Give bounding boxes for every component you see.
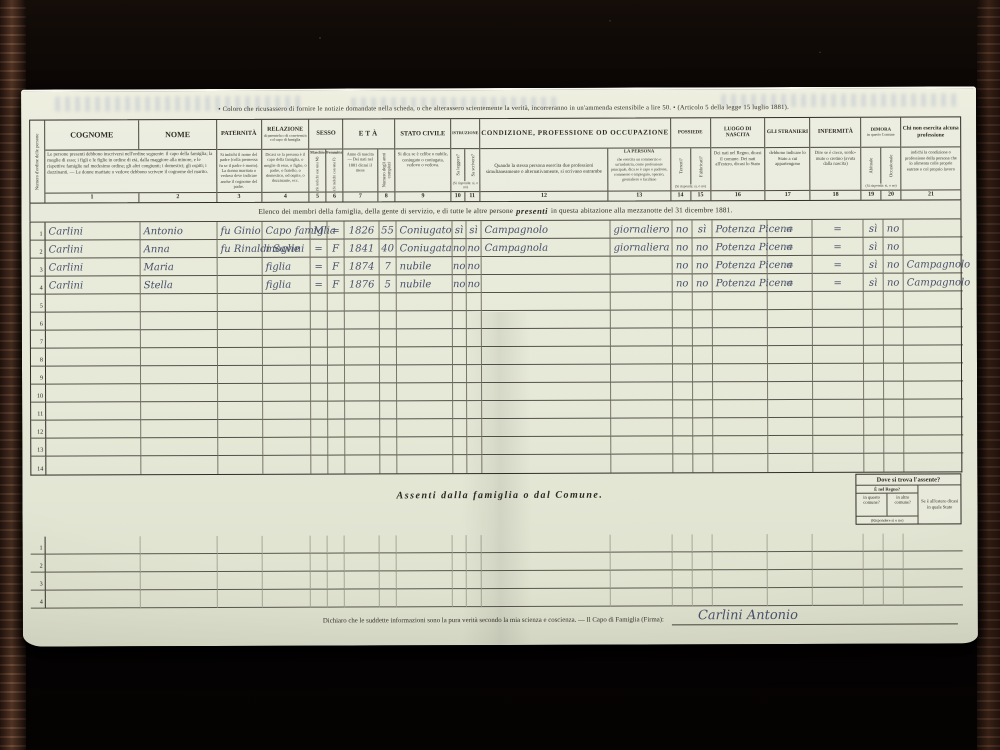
table-cell <box>345 535 380 553</box>
table-cell: Carlini <box>46 276 141 294</box>
stato-civile-title: STATO CIVILE <box>395 119 450 149</box>
table-cell <box>482 535 611 553</box>
table-cell <box>311 402 328 420</box>
table-cell <box>467 589 482 607</box>
photo-of-census-sheet: • Coloro che ricusassero di fornire le n… <box>0 0 1000 750</box>
col-number-6: 6 <box>326 193 342 202</box>
table-cell <box>328 536 345 554</box>
la-persona-note: che esercita un commercio o un'industria… <box>608 156 670 191</box>
table-cell: no <box>673 256 693 274</box>
table-cell: no <box>672 220 692 238</box>
table-cell <box>218 572 263 590</box>
table-cell <box>46 402 141 420</box>
table-cell <box>328 330 345 348</box>
table-cell <box>397 365 453 383</box>
table-cell <box>328 456 345 474</box>
table-cell <box>345 311 380 329</box>
table-cell <box>467 437 482 455</box>
table-cell <box>713 400 768 418</box>
table-cell <box>813 400 864 418</box>
col-number-4: 4 <box>262 192 309 202</box>
table-cell <box>864 310 884 328</box>
table-cell <box>328 420 345 438</box>
table-cell <box>46 366 141 384</box>
table-cell: 1841 <box>345 239 380 257</box>
table-cell <box>141 572 218 590</box>
row-number: 3 <box>31 259 46 277</box>
column-group-cognome-nome: COGNOME NOME Le persone presenti debbono… <box>45 120 217 203</box>
table-cell <box>345 383 380 401</box>
table-cell <box>311 438 328 456</box>
nel-regno-label: È nel Regno? <box>856 486 917 494</box>
table-cell <box>864 570 884 588</box>
table-cell <box>611 400 673 418</box>
table-cell: no <box>884 274 904 292</box>
table-cell <box>611 364 673 382</box>
table-cell <box>46 330 141 348</box>
table-cell <box>884 364 904 382</box>
assenti-table: 1234 <box>31 533 963 608</box>
col-number-14: 14 <box>671 191 691 200</box>
table-cell <box>218 420 263 438</box>
assenti-section-title: Assenti dalla famiglia o dal Comune. <box>22 488 977 502</box>
col-number-5: 5 <box>310 193 327 202</box>
table-cell <box>904 237 963 255</box>
table-cell: no <box>693 256 713 274</box>
table-cell <box>345 365 380 383</box>
table-cell: = <box>768 238 813 256</box>
col-number-18: 18 <box>811 190 861 200</box>
declaration-text: Dichiaro che le suddette informazioni so… <box>323 616 664 626</box>
table-cell <box>482 275 611 293</box>
col-number-13: 13 <box>608 191 670 200</box>
table-cell <box>482 311 611 329</box>
table-cell: Campagnolo <box>904 255 963 273</box>
table-cell <box>482 347 611 365</box>
table-cell <box>813 292 864 310</box>
table-cell <box>263 402 311 420</box>
table-cell <box>453 329 467 347</box>
eta-title: ETÀ <box>343 119 394 149</box>
table-cell: sì <box>863 220 883 238</box>
table-cell: F <box>328 240 345 258</box>
table-cell: no <box>673 274 693 292</box>
table-cell: = <box>311 240 328 258</box>
infermita-note: Dire se è cieco, sordo-muto o cretino (a… <box>811 148 861 190</box>
table-cell <box>611 588 673 606</box>
table-cell <box>813 436 864 454</box>
table-cell <box>141 294 218 312</box>
table-cell <box>345 589 380 607</box>
table-row: 14 <box>31 453 961 474</box>
table-cell <box>673 552 693 570</box>
table-cell: Capo famiglia <box>262 222 310 240</box>
table-cell <box>328 366 345 384</box>
table-cell <box>218 330 263 348</box>
table-cell <box>693 400 713 418</box>
table-cell <box>884 552 904 570</box>
table-cell <box>263 312 311 330</box>
table-cell <box>693 454 713 472</box>
row-number: 10 <box>31 385 46 403</box>
col-number-15: 15 <box>691 191 710 200</box>
row-number: 11 <box>31 403 46 421</box>
table-cell: sì <box>864 238 884 256</box>
column-group-istruzione: ISTRUZIONE Sa leggere? Sa scrivere? (Si … <box>451 119 480 201</box>
table-cell: no <box>883 220 903 238</box>
table-cell <box>482 589 611 607</box>
table-cell <box>46 456 141 474</box>
table-cell <box>218 294 263 312</box>
table-cell <box>813 570 864 588</box>
table-cell <box>263 438 311 456</box>
table-cell <box>467 571 482 589</box>
cognome-nome-note: Le persone presenti debbono inscriversi … <box>45 150 216 193</box>
table-cell <box>218 258 263 276</box>
table-cell <box>864 552 884 570</box>
table-cell <box>813 346 864 364</box>
table-cell <box>311 294 328 312</box>
paternita-note: Si indichi il nome del padre (colla prem… <box>217 150 261 192</box>
table-cell: = <box>327 222 344 240</box>
table-cell <box>611 552 673 570</box>
table-cell <box>904 327 963 345</box>
col-number-3: 3 <box>217 192 261 202</box>
table-cell <box>397 455 453 473</box>
table-cell <box>311 456 328 474</box>
table-cell: 1874 <box>345 257 380 275</box>
table-cell: 1876 <box>345 275 380 293</box>
table-cell <box>263 420 311 438</box>
table-cell <box>380 293 397 311</box>
table-cell <box>768 418 813 436</box>
table-cell: Potenza Picena <box>713 256 768 274</box>
terreni-label: Terreni? <box>678 159 683 174</box>
table-cell <box>218 276 263 294</box>
table-cell <box>380 553 397 571</box>
table-cell <box>453 455 467 473</box>
table-body: 1CarliniAntoniofu GinioCapo famigliaM=18… <box>29 218 962 475</box>
table-cell <box>813 552 864 570</box>
table-cell <box>482 257 611 275</box>
table-cell <box>864 346 884 364</box>
table-cell: = <box>813 238 864 256</box>
table-cell <box>482 571 611 589</box>
table-cell <box>328 294 345 312</box>
table-cell <box>397 347 453 365</box>
sa-scrivere-label: Sa scrivere? <box>470 154 475 176</box>
table-cell <box>713 570 768 588</box>
table-cell <box>693 364 713 382</box>
column-group-dimora: DIMORA in questo Comune Abituale Occasio… <box>861 118 901 200</box>
table-cell <box>397 589 453 607</box>
table-cell <box>884 400 904 418</box>
table-cell: sì <box>692 220 712 238</box>
table-cell: = <box>768 256 813 274</box>
col-number-8: 8 <box>378 192 395 201</box>
row-number: 6 <box>31 313 46 331</box>
table-cell <box>218 590 263 608</box>
table-cell <box>467 419 482 437</box>
luogo-note: Dei nati nel Regno, dicasi il comune. De… <box>711 148 765 190</box>
table-cell <box>46 312 141 330</box>
table-cell <box>141 384 218 402</box>
table-cell <box>467 455 482 473</box>
table-cell: no <box>884 238 904 256</box>
table-cell <box>693 588 713 606</box>
table-cell <box>218 554 263 572</box>
table-cell <box>345 419 380 437</box>
table-cell <box>713 588 768 606</box>
table-cell <box>904 533 963 551</box>
table-cell <box>311 330 328 348</box>
table-cell <box>673 454 693 472</box>
table-cell <box>768 570 813 588</box>
table-cell <box>611 418 673 436</box>
table-cell <box>864 436 884 454</box>
table-cell <box>864 364 884 382</box>
table-cell: no <box>693 238 713 256</box>
table-cell <box>673 382 693 400</box>
table-cell: = <box>812 220 863 238</box>
table-cell: 1826 <box>344 221 379 239</box>
table-cell <box>263 348 311 366</box>
table-cell: Maria <box>141 258 218 276</box>
table-cell <box>380 455 397 473</box>
table-cell <box>453 293 467 311</box>
table-cell <box>397 329 453 347</box>
table-cell <box>453 437 467 455</box>
table-cell <box>380 383 397 401</box>
row-number: 14 <box>31 457 46 475</box>
table-cell: fu Rinaldi Savini <box>218 240 263 258</box>
table-cell <box>397 383 453 401</box>
col-number-7: 7 <box>344 192 378 201</box>
table-cell <box>611 310 673 328</box>
table-cell: Potenza Picena <box>712 220 767 238</box>
table-cell: sì <box>864 274 884 292</box>
table-cell <box>482 383 611 401</box>
table-cell <box>768 292 813 310</box>
table-cell: sì <box>452 221 466 239</box>
col-number-21: 21 <box>902 189 961 199</box>
table-cell: Potenza Picena <box>713 274 768 292</box>
table-cell <box>397 571 453 589</box>
table-cell <box>713 292 768 310</box>
table-cell: no <box>693 274 713 292</box>
anno-nascita-note: Anno di nascita — Dei nati nel 1881 dica… <box>344 149 377 191</box>
table-cell: = <box>311 276 328 294</box>
table-cell <box>693 436 713 454</box>
table-cell <box>884 436 904 454</box>
dove-si-trova-box: Dove si trova l'assente? È nel Regno? in… <box>855 473 961 524</box>
table-cell: Stella <box>141 276 218 294</box>
table-cell <box>693 534 713 552</box>
table-cell <box>218 312 263 330</box>
table-cell <box>328 572 345 590</box>
table-cell <box>328 438 345 456</box>
abituale-label: Abituale <box>868 158 873 174</box>
declaration: Dichiaro che le suddette informazioni so… <box>323 607 958 626</box>
table-cell <box>864 588 884 606</box>
table-cell <box>904 435 963 453</box>
table-cell <box>611 534 673 552</box>
table-cell <box>397 535 453 553</box>
table-cell <box>218 384 263 402</box>
table-cell <box>453 365 467 383</box>
table-cell: Carlini <box>45 222 140 240</box>
table-cell: nubile <box>397 275 453 293</box>
table-cell: 7 <box>380 257 397 275</box>
table-cell <box>328 554 345 572</box>
table-cell <box>467 383 482 401</box>
table-cell <box>141 554 218 572</box>
table-cell: no <box>884 256 904 274</box>
relazione-note: Dicasi se la persona è il capo della fam… <box>262 150 309 192</box>
table-cell: = <box>768 274 813 292</box>
table-cell <box>263 384 311 402</box>
table-cell <box>673 588 693 606</box>
table-cell: no <box>453 257 467 275</box>
table-cell <box>884 292 904 310</box>
table-cell <box>673 346 693 364</box>
column-group-sesso: SESSO Maschio (Si indichi con una M) Fem… <box>310 120 344 202</box>
table-cell <box>345 329 380 347</box>
elenco-suffix: in questa abitazione alla mezzanotte del… <box>551 206 732 215</box>
table-cell <box>813 418 864 436</box>
table-cell <box>482 437 611 455</box>
dimora-subtitle: in questo Comune <box>867 133 895 137</box>
table-cell <box>453 589 467 607</box>
table-cell <box>141 402 218 420</box>
table-cell <box>768 346 813 364</box>
table-cell: = <box>311 258 328 276</box>
table-cell: Coniugato <box>396 221 452 239</box>
table-cell <box>768 454 813 472</box>
table-cell <box>713 534 768 552</box>
table-cell <box>46 420 141 438</box>
table-cell <box>903 219 962 237</box>
table-cell: Coniugata <box>397 239 453 257</box>
head-of-family-signature: Carlini Antonio <box>672 607 958 625</box>
table-cell <box>693 570 713 588</box>
table-cell <box>904 291 963 309</box>
maschi-note: (Si indichi con una M) <box>315 157 319 191</box>
table-cell <box>397 437 453 455</box>
table-cell: no <box>467 239 482 257</box>
col-number-1: 1 <box>45 193 139 202</box>
table-cell <box>884 310 904 328</box>
table-cell <box>311 572 328 590</box>
table-cell <box>673 310 693 328</box>
table-cell <box>328 402 345 420</box>
table-cell <box>864 382 884 400</box>
table-cell: Antonio <box>140 222 217 240</box>
table-cell <box>713 310 768 328</box>
table-cell <box>467 311 482 329</box>
table-cell <box>713 364 768 382</box>
table-cell <box>218 456 263 474</box>
census-table: Numero d'ordine delle persone COGNOME NO… <box>29 116 962 475</box>
table-cell <box>453 347 467 365</box>
table-cell: Campagnolo <box>904 273 963 291</box>
table-cell <box>904 417 963 435</box>
table-cell <box>673 534 693 552</box>
condizione-note: Quando la stessa persona esercita due pr… <box>480 149 607 191</box>
elenco-emphasis: presenti <box>516 206 548 216</box>
row-number: 8 <box>31 349 46 367</box>
table-cell <box>813 328 864 346</box>
table-cell <box>345 553 380 571</box>
table-cell <box>884 346 904 364</box>
table-cell <box>345 437 380 455</box>
row-number: 9 <box>31 367 46 385</box>
stranieri-note: debbono indicare lo Stato a cui apparten… <box>766 148 810 190</box>
row-number: 2 <box>31 241 46 259</box>
table-cell <box>904 399 963 417</box>
altro-comune-label: in altro comune? <box>888 494 918 516</box>
table-cell <box>453 553 467 571</box>
table-cell <box>46 590 141 608</box>
column-paternita: PATERNITÀ Si indichi il nome del padre (… <box>217 120 262 202</box>
table-cell <box>453 311 467 329</box>
estero-label: Se è all'estero dicasi in quale Stato <box>919 485 961 523</box>
col-number-2: 2 <box>140 193 216 202</box>
table-cell <box>397 293 453 311</box>
relazione-subtitle: di parentela o di convivenza col capo di… <box>263 133 308 142</box>
table-cell <box>693 292 713 310</box>
table-cell <box>904 569 963 587</box>
table-cell <box>884 534 904 552</box>
table-cell <box>482 293 611 311</box>
table-cell <box>380 329 397 347</box>
table-cell <box>311 366 328 384</box>
table-cell: 55 <box>379 221 396 239</box>
row-number: 13 <box>31 439 46 457</box>
table-cell: giornaliero <box>610 220 672 238</box>
table-cell <box>467 535 482 553</box>
table-cell <box>46 294 141 312</box>
luogo-title: LUOGO DI NASCITA <box>711 118 765 148</box>
table-cell <box>328 384 345 402</box>
table-cell <box>453 401 467 419</box>
table-cell <box>345 347 380 365</box>
census-sheet: • Coloro che ricusassero di fornire le n… <box>21 86 978 646</box>
table-cell <box>482 329 611 347</box>
table-cell <box>884 454 904 472</box>
table-cell <box>768 552 813 570</box>
chi-non-note: indichi la condizione o professione dell… <box>901 147 960 189</box>
table-cell <box>813 588 864 606</box>
col-number-12: 12 <box>480 192 608 201</box>
table-cell <box>453 535 467 553</box>
table-cell <box>713 454 768 472</box>
table-cell <box>713 418 768 436</box>
elenco-prefix: Elenco dei membri della famiglia, della … <box>258 207 513 216</box>
table-cell <box>611 436 673 454</box>
anni-compiuti-note: Numero degli anni compiuti <box>381 149 391 191</box>
table-cell <box>46 348 141 366</box>
table-cell <box>263 536 311 554</box>
table-cell <box>611 570 673 588</box>
questo-comune-label: in questo comune? <box>856 494 887 516</box>
numero-ordine-label: Numero d'ordine delle persone <box>35 133 40 190</box>
col-number-20: 20 <box>882 191 901 200</box>
table-cell <box>904 551 963 569</box>
sesso-title: SESSO <box>310 120 343 150</box>
sa-leggere-label: Sa leggere? <box>455 155 460 176</box>
table-cell: M <box>310 222 327 240</box>
